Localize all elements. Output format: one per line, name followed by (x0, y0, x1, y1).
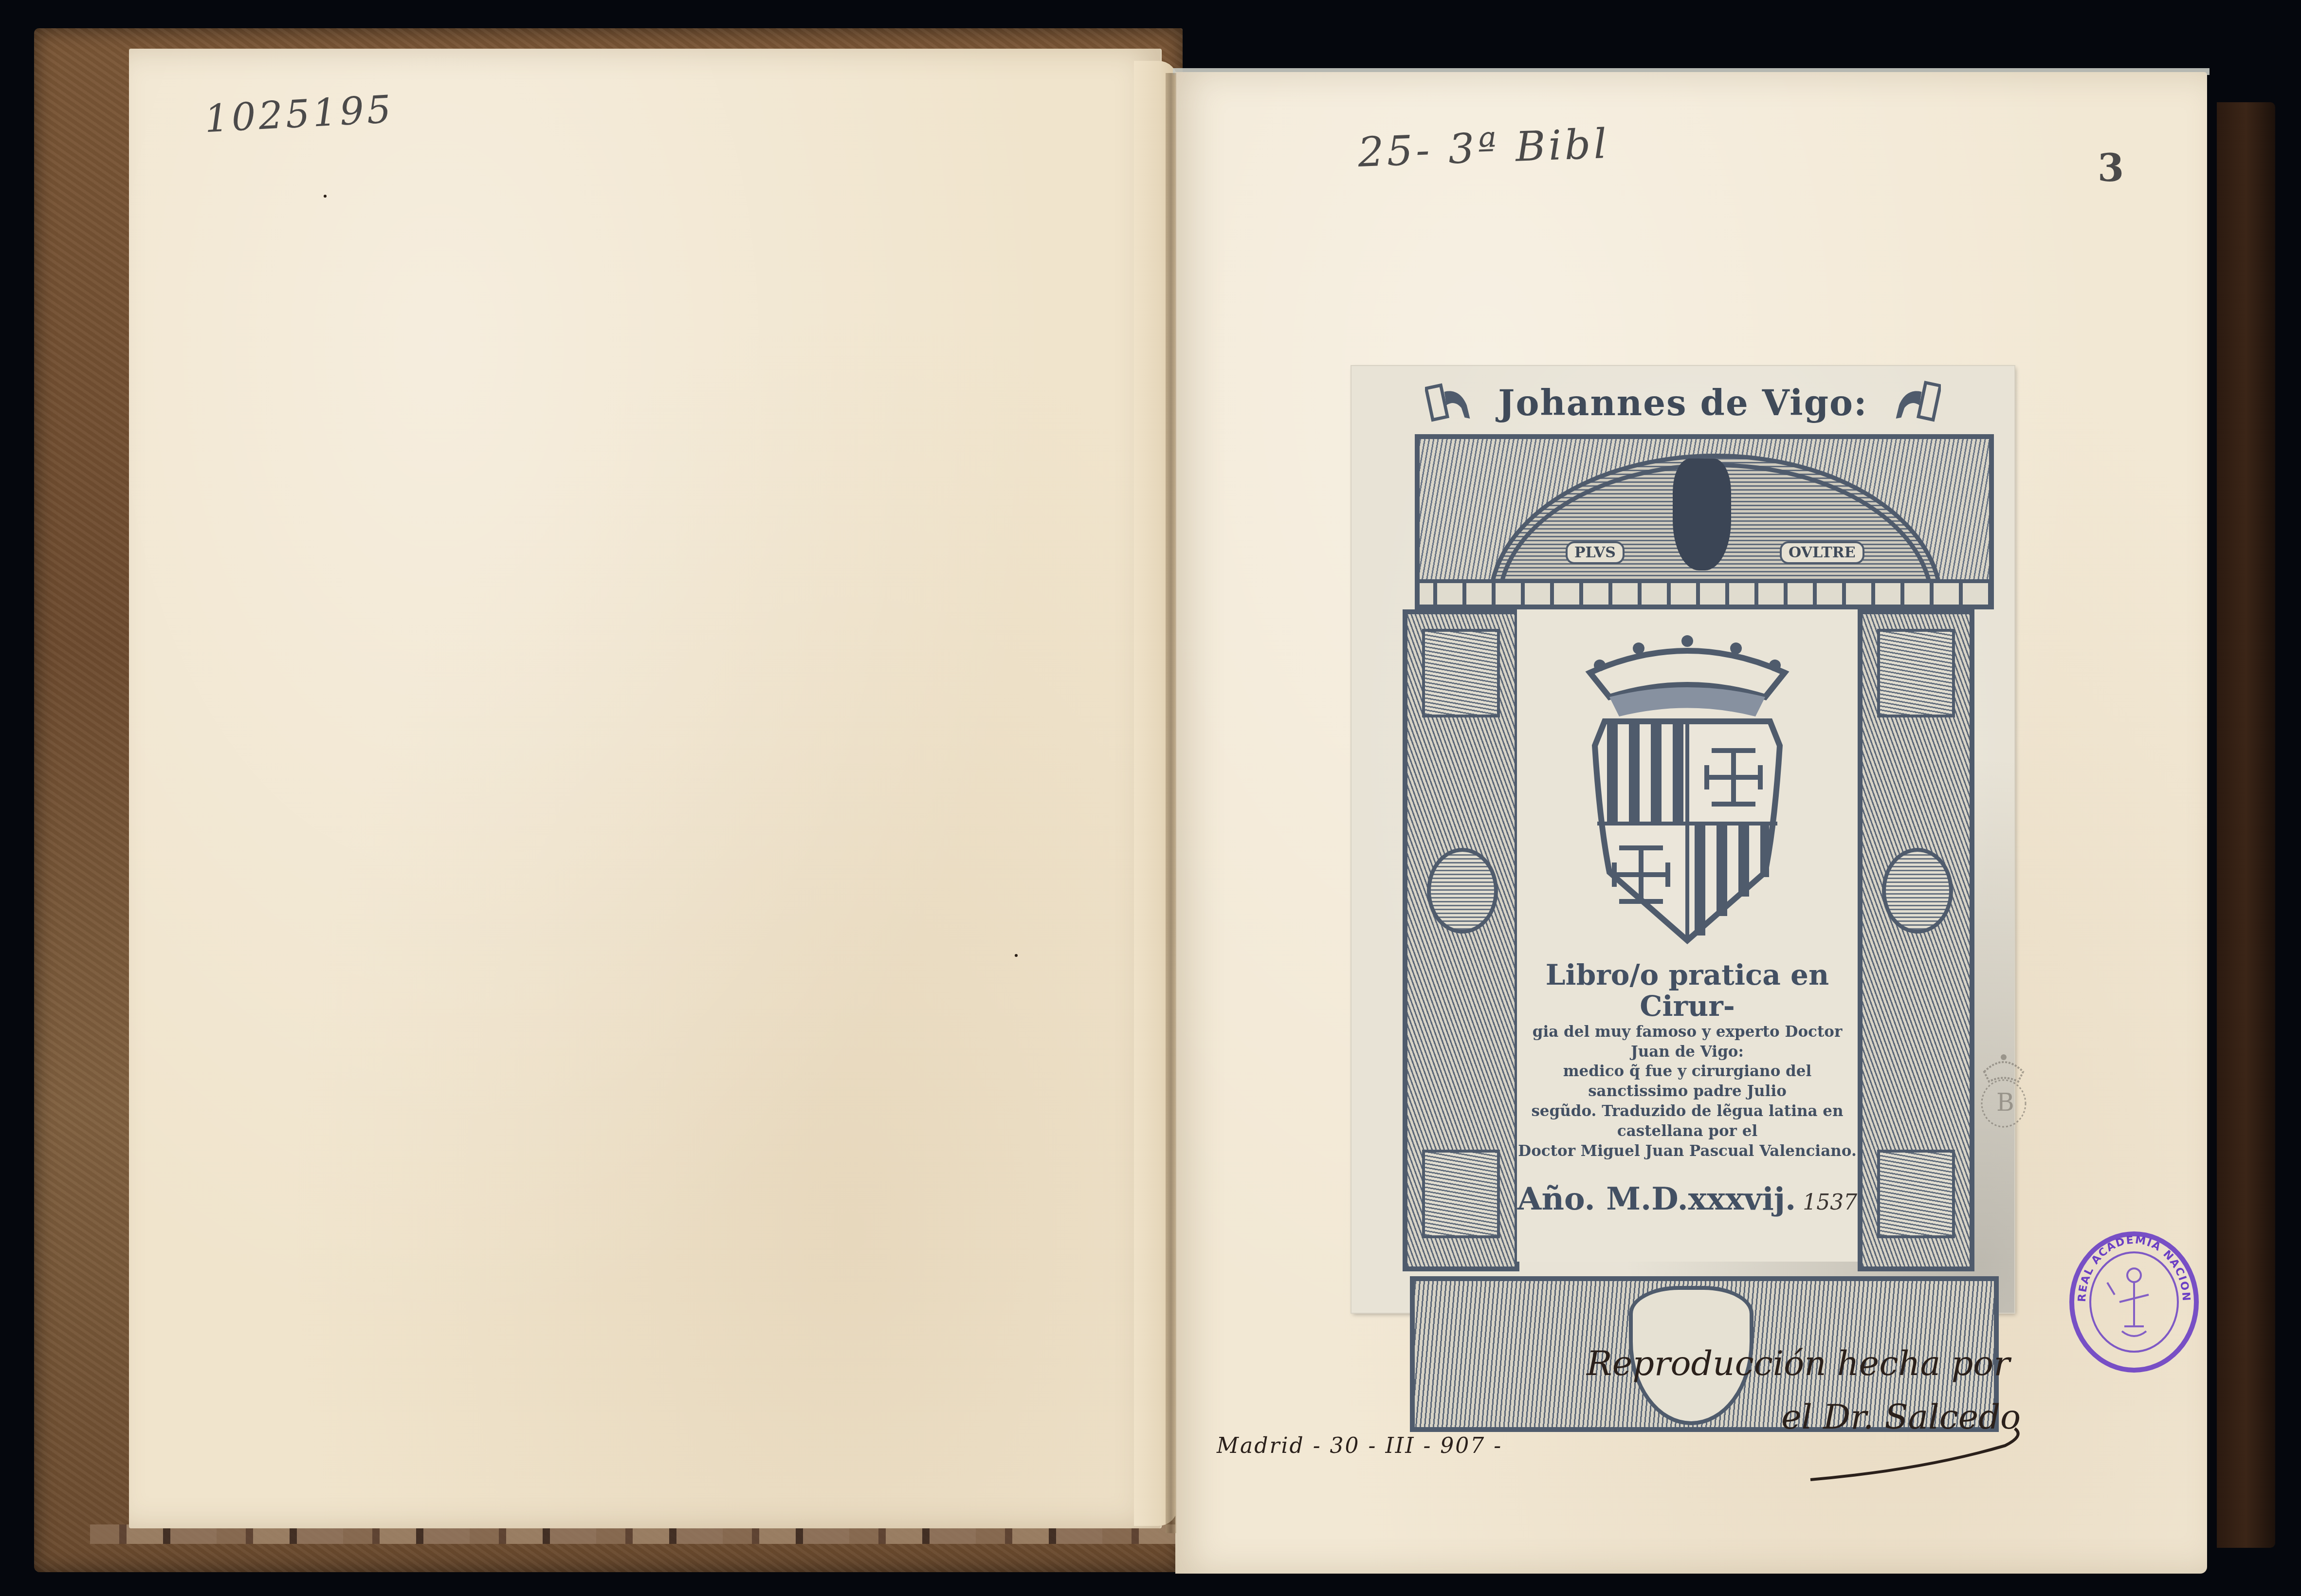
coat-of-arms-icon (1571, 619, 1804, 950)
title-text-field: Libro/o pratica en Cirur- gia del muy fa… (1517, 609, 1858, 1262)
pointing-hand-left-icon (1425, 376, 1479, 429)
woodcut-arch-panel: PLVS OVLTRE (1415, 434, 1994, 609)
left-page (129, 49, 1161, 1528)
motto-left: PLVS (1566, 541, 1625, 564)
title-header: Johannes de Vigo: (1351, 366, 2014, 439)
medallion-portrait (1882, 848, 1953, 934)
date-note: Madrid - 30 - III - 907 - (1217, 1433, 1502, 1458)
portrait-panel (1877, 1150, 1955, 1238)
medallion-portrait (1427, 848, 1498, 934)
title-page-photograph: Johannes de Vigo: PLVS OVLTRE (1351, 366, 2014, 1313)
library-oval-stamp-icon: REAL ACADEMIA NACIONAL DE MEDICINA (2066, 1229, 2202, 1375)
library-stamp-text: REAL ACADEMIA NACIONAL DE MEDICINA (2066, 1229, 2192, 1302)
header-title: Johannes de Vigo: (1498, 382, 1867, 423)
imprint-year-handwritten: 1537 (1803, 1190, 1857, 1215)
faded-crowned-monogram-stamp-icon: B (1974, 1047, 2033, 1130)
printed-title-block: Libro/o pratica en Cirur- gia del muy fa… (1517, 960, 1858, 1217)
woodcut-column-right (1858, 609, 1974, 1271)
title-line: Doctor Miguel Juan Pascual Valenciano. (1517, 1141, 1858, 1161)
imprint-year: Año. M.D.xxxvij.1537 (1517, 1181, 1858, 1217)
title-lead-line: Libro/o pratica en Cirur- (1517, 960, 1858, 1022)
signature-flourish-icon (1801, 1426, 2025, 1485)
woodcut-column-left (1403, 609, 1519, 1271)
imperial-eagle-crest-icon (1673, 459, 1731, 570)
imprint-year-roman: Año. M.D.xxxvij. (1517, 1181, 1796, 1217)
gutter (1166, 73, 1176, 1533)
svg-text:B: B (1996, 1088, 2014, 1117)
manuscript-note-line1: Reproducción hecha por (1587, 1343, 2010, 1383)
motto-right: OVLTRE (1780, 541, 1864, 564)
title-line: medico q̃ fue y cirurgiano del sanctissi… (1517, 1062, 1858, 1101)
portrait-panel (1422, 1150, 1500, 1238)
pointing-hand-right-icon (1887, 376, 1941, 429)
title-line: segũdo. Traduzido de lẽgua latina en cas… (1517, 1101, 1858, 1141)
woodcut-dentil-band (1420, 579, 1989, 605)
leather-cover-right-edge (2217, 102, 2275, 1548)
portrait-panel (1877, 629, 1955, 717)
portrait-panel (1422, 629, 1500, 717)
folio-number: 3 (2098, 146, 2127, 190)
svg-text:REAL ACADEMIA NACIONAL DE MEDI: REAL ACADEMIA NACIONAL DE MEDICINA (2066, 1229, 2192, 1302)
shelfmark-right: 25- 3ª Bibl (1357, 120, 1610, 176)
title-line: gia del muy famoso y experto Doctor Juan… (1517, 1022, 1858, 1062)
